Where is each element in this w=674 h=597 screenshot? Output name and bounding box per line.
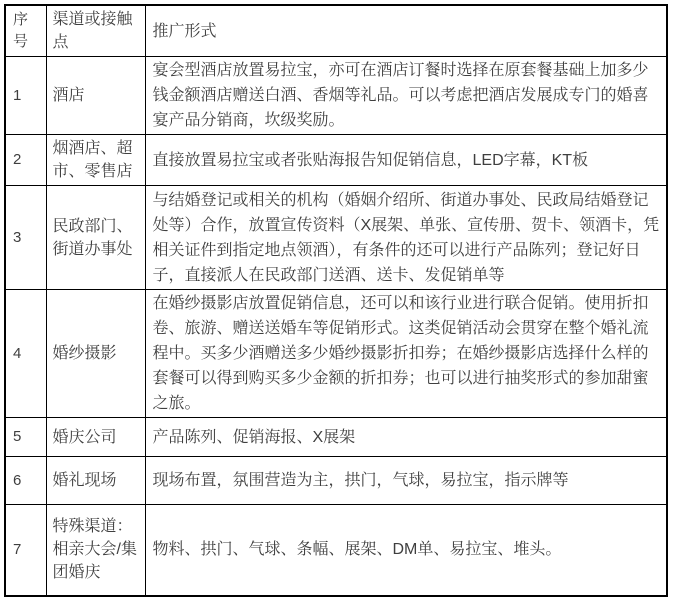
channel-cell: 婚礼现场: [46, 457, 145, 505]
header-cell-form: 推广形式: [145, 5, 667, 57]
table-row: 2 烟酒店、超市、零售店 直接放置易拉宝或者张贴海报告知促销信息，LED字幕，K…: [5, 135, 667, 186]
channel-cell: 酒店: [46, 57, 145, 135]
channel-cell: 烟酒店、超市、零售店: [46, 135, 145, 186]
row-number-cell: 5: [5, 418, 46, 457]
promotion-form-cell: 产品陈列、促销海报、X展架: [145, 418, 667, 457]
table-row: 1 酒店 宴会型酒店放置易拉宝，亦可在酒店订餐时选择在原套餐基础上加多少钱金额酒…: [5, 57, 667, 135]
table-row: 6 婚礼现场 现场布置，氛围营造为主，拱门，气球，易拉宝，指示牌等: [5, 457, 667, 505]
table-row: 3 民政部门、街道办事处 与结婚登记或相关的机构（婚姻介绍所、街道办事处、民政局…: [5, 186, 667, 290]
header-row: 序号 渠道或接触点 推广形式: [5, 5, 667, 57]
row-number-cell: 4: [5, 290, 46, 418]
channel-cell: 民政部门、街道办事处: [46, 186, 145, 290]
promotion-form-cell: 宴会型酒店放置易拉宝，亦可在酒店订餐时选择在原套餐基础上加多少钱金额酒店赠送白酒…: [145, 57, 667, 135]
header-cell-channel: 渠道或接触点: [46, 5, 145, 57]
channel-cell: 特殊渠道：相亲大会/集团婚庆: [46, 505, 145, 596]
header-cell-no: 序号: [5, 5, 46, 57]
row-number-cell: 6: [5, 457, 46, 505]
row-number-cell: 7: [5, 505, 46, 596]
channel-cell: 婚纱摄影: [46, 290, 145, 418]
promotion-form-cell: 在婚纱摄影店放置促销信息，还可以和该行业进行联合促销。使用折扣卷、旅游、赠送送婚…: [145, 290, 667, 418]
table-row: 4 婚纱摄影 在婚纱摄影店放置促销信息，还可以和该行业进行联合促销。使用折扣卷、…: [5, 290, 667, 418]
promotion-form-cell: 与结婚登记或相关的机构（婚姻介绍所、街道办事处、民政局结婚登记处等）合作，放置宣…: [145, 186, 667, 290]
table-row: 5 婚庆公司 产品陈列、促销海报、X展架: [5, 418, 667, 457]
promotion-channels-table: 序号 渠道或接触点 推广形式 1 酒店 宴会型酒店放置易拉宝，亦可在酒店订餐时选…: [4, 4, 668, 597]
row-number-cell: 3: [5, 186, 46, 290]
promotion-form-cell: 物料、拱门、气球、条幅、展架、DM单、易拉宝、堆头。: [145, 505, 667, 596]
row-number-cell: 1: [5, 57, 46, 135]
promotion-form-cell: 直接放置易拉宝或者张贴海报告知促销信息，LED字幕，KT板: [145, 135, 667, 186]
channel-cell: 婚庆公司: [46, 418, 145, 457]
row-number-cell: 2: [5, 135, 46, 186]
table-row: 7 特殊渠道：相亲大会/集团婚庆 物料、拱门、气球、条幅、展架、DM单、易拉宝、…: [5, 505, 667, 596]
promotion-form-cell: 现场布置，氛围营造为主，拱门，气球，易拉宝，指示牌等: [145, 457, 667, 505]
